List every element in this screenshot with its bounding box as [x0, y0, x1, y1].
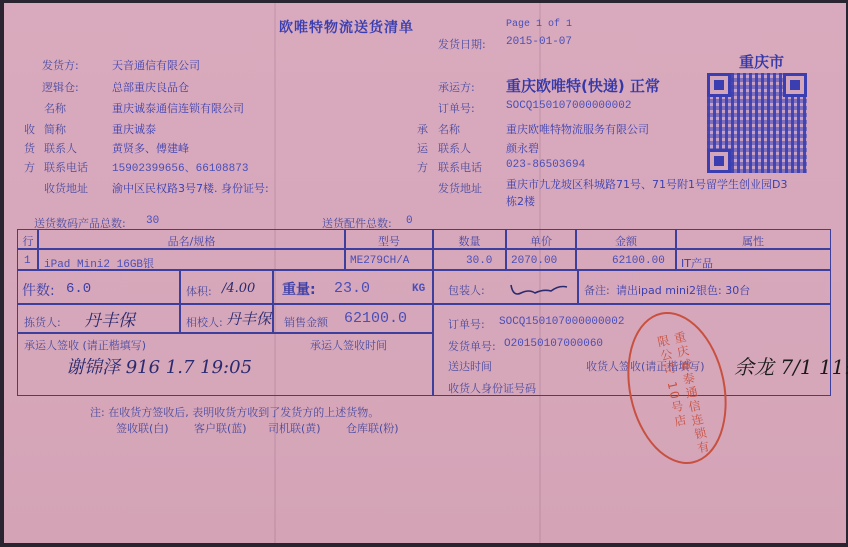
cell-amount: 62100.00 [612, 255, 665, 267]
copy-sign: 签收联(白) [116, 420, 169, 436]
volume-label: 体积: [186, 283, 212, 299]
arrival-time-label: 送达时间 [448, 358, 492, 374]
qr-finder [707, 149, 731, 173]
grid-line [432, 229, 434, 396]
carrier-contact: 颜永碧 [506, 140, 539, 156]
cell-qty: 30.0 [466, 255, 492, 267]
pieces-value: 6.0 [66, 281, 91, 297]
carrier-value: 重庆欧唯特(快递) 正常 [506, 75, 660, 96]
col-header-qty: 数量 [434, 233, 505, 249]
col-header-name: 品名/规格 [39, 233, 344, 249]
digital-total: 30 [146, 215, 159, 227]
warehouse-label: 逻辑仓: [42, 79, 79, 95]
cell-attr: IT产品 [681, 255, 713, 271]
carrier-address-line2: 栋2楼 [506, 193, 535, 209]
cell-name: iPad Mini2 16GB银 [44, 255, 154, 271]
sender-label: 发货方: [42, 57, 79, 73]
grid-line [17, 303, 831, 305]
carrier-name-label: 名称 [438, 121, 460, 137]
consignee-address-label: 收货地址 [44, 180, 88, 196]
consignee-short: 重庆诚泰 [112, 121, 156, 137]
city-label: 重庆市 [739, 51, 784, 72]
cell-model: ME279CH/A [350, 255, 409, 267]
note-label: 备注: [584, 282, 610, 298]
note-value: 请出ipad mini2银色: 30台 [616, 282, 750, 298]
sales-label: 销售金额 [284, 314, 328, 330]
checker-label: 相校人: [186, 314, 223, 330]
carrier-side-1: 承 [417, 121, 428, 137]
delivery-note-paper: 欧唯特物流送货清单 Page 1 of 1 发货日期: 2015-01-07 重… [4, 3, 846, 543]
carrier-side-3: 方 [417, 159, 428, 175]
carrier-order: SOCQ150107000000002 [506, 100, 631, 112]
footer-note: 注: 在收货方签收后, 表明收货方收到了发货方的上述货物。 [90, 404, 379, 420]
pieces-label: 件数: [22, 280, 55, 300]
carrier-name: 重庆欧唯特物流服务有限公司 [506, 121, 649, 137]
stamp-text: 重庆诚泰通信连锁有限公司 10号店 [654, 330, 714, 464]
delivery-order-label: 订单号: [448, 316, 485, 332]
carrier-address-label: 发货地址 [438, 180, 482, 196]
consignee-phone: 15902399656、66108873 [112, 159, 248, 175]
receiver-id-label: 收货人身份证号码 [448, 380, 536, 396]
col-header-price: 单价 [507, 233, 575, 249]
consignee-side-1: 收 [24, 121, 35, 137]
carrier-contact-label: 联系人 [438, 140, 471, 156]
packer-label: 包装人: [448, 282, 485, 298]
copy-customer: 客户联(蓝) [194, 420, 247, 436]
carrier-order-label: 订单号: [438, 100, 475, 116]
ship-date-label: 发货日期: [438, 36, 486, 52]
qr-finder [707, 73, 731, 97]
carrier-address-line1: 重庆市九龙坡区科城路71号、71号附1号留学生创业园D3 [506, 176, 787, 192]
volume-handwritten: /4.00 [222, 281, 255, 296]
accessory-total: 0 [406, 215, 413, 227]
grid-line [577, 269, 579, 303]
delivery-order: SOCQ150107000000002 [499, 316, 624, 328]
qr-finder [783, 73, 807, 97]
ship-no-label: 发货单号: [448, 338, 496, 354]
consignee-contact-label: 联系人 [44, 140, 77, 156]
consignee-short-label: 简称 [44, 121, 66, 137]
cell-row: 1 [24, 255, 31, 267]
ship-date: 2015-01-07 [506, 36, 572, 48]
consignee-address: 渝中区民权路3号7楼. 身份证号: [112, 180, 269, 196]
col-header-row: 行 [19, 233, 37, 249]
col-header-amount: 金额 [577, 233, 675, 249]
document-title: 欧唯特物流送货清单 [279, 17, 414, 37]
weight-unit: KG [412, 283, 425, 295]
consignee-side-3: 方 [24, 159, 35, 175]
consignee-name-label: 名称 [44, 100, 66, 116]
packer-signature [509, 279, 569, 299]
consignee-contact: 黄贤多、傅建峰 [112, 140, 189, 156]
sender-value: 天音通信有限公司 [112, 57, 200, 73]
ship-no: O20150107000060 [504, 338, 603, 350]
carrier-side-2: 运 [417, 140, 428, 156]
grid-line [272, 269, 274, 332]
receiver-signature: 余龙 7/1 11:10 [734, 351, 848, 380]
sales-value: 62100.0 [344, 310, 407, 327]
grid-line [179, 269, 181, 332]
carrier-sign-label: 承运人签收 (请正楷填写) [24, 337, 146, 353]
weight-label: 重量: [282, 279, 316, 299]
cell-price: 2070.00 [511, 255, 557, 267]
picker-label: 拣货人: [24, 314, 61, 330]
consignee-phone-label: 联系电话 [44, 159, 88, 175]
picker-signature: 丹丰保 [84, 306, 135, 331]
page-indicator: Page 1 of 1 [506, 19, 572, 30]
col-header-attr: 属性 [677, 233, 829, 249]
carrier-sign-handwriting: 谢锦泽 916 1.7 19:05 [66, 353, 252, 379]
warehouse-value: 总部重庆良品仓 [112, 79, 189, 95]
copy-driver: 司机联(黄) [268, 420, 321, 436]
carrier-label: 承运方: [438, 79, 475, 95]
carrier-phone-label: 联系电话 [438, 159, 482, 175]
carrier-sign-time-label: 承运人签收时间 [310, 337, 387, 353]
weight-value: 23.0 [334, 280, 370, 297]
consignee-name: 重庆诚泰通信连锁有限公司 [112, 100, 244, 116]
copy-warehouse: 仓库联(粉) [346, 420, 399, 436]
carrier-phone: 023-86503694 [506, 159, 585, 171]
qr-code [707, 73, 807, 173]
consignee-side-2: 货 [24, 140, 35, 156]
grid-line [17, 332, 432, 334]
checker-signature: 丹丰保 [226, 308, 271, 329]
col-header-model: 型号 [346, 233, 432, 249]
